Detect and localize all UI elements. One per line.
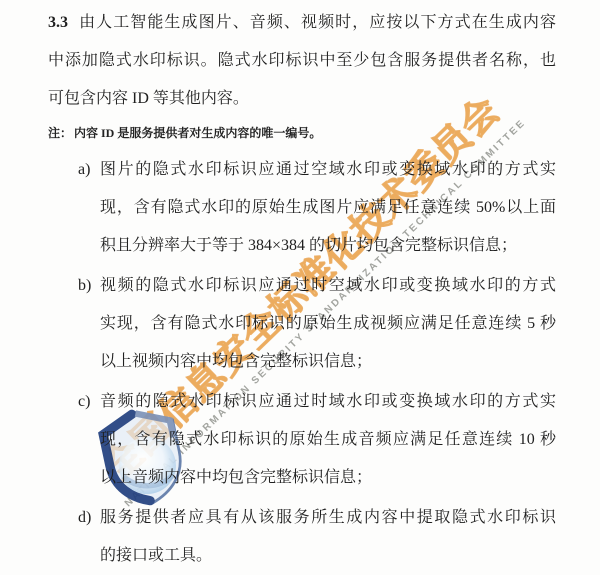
paragraph-line-3: 可包含内容 ID 等其他内容。	[48, 80, 556, 118]
text-line: 视频的隐式水印标识应通过时空域水印或变换域水印的方式	[100, 267, 556, 305]
text-line: 实现，含有隐式水印标识的原始生成视频应满足任意连续 5 秒	[100, 305, 556, 343]
list-marker-c: c)	[78, 383, 100, 421]
section-number: 3.3	[48, 14, 68, 31]
text-line: 以上视频内容中均包含完整标识信息；	[100, 343, 556, 381]
document-page: 全国信息安全标准化技术委员会 NATIONAL INFORMATION SECU…	[0, 0, 600, 575]
list-item-d-text: 服务提供者应具有从该服务所生成内容中提取隐式水印标识 的接口或工具。	[100, 499, 556, 575]
text-line: 以上音频内容中均包含完整标识信息；	[100, 459, 556, 497]
document-content: 3.3由人工智能生成图片、音频、视频时，应按以下方式在生成内容 中添加隐式水印标…	[0, 0, 600, 575]
list-item-d: d) 服务提供者应具有从该服务所生成内容中提取隐式水印标识 的接口或工具。	[78, 499, 556, 575]
list-item-a: a) 图片的隐式水印标识应通过空域水印或变换域水印的方式实 现，含有隐式水印的原…	[78, 151, 556, 265]
text-line: 积且分辨率大于等于 384×384 的切片均包含完整标识信息；	[100, 227, 556, 265]
list-item-c: c) 音频的隐式水印标识应通过时域水印或变换域水印的方式实 现，含有隐式水印标识…	[78, 383, 556, 497]
list-marker-a: a)	[78, 151, 100, 189]
text-line: 现，含有隐式水印的原始生成图片应满足任意连续 50%以上面	[100, 189, 556, 227]
text-line: 音频的隐式水印标识应通过时域水印或变换域水印的方式实	[100, 383, 556, 421]
list-item-a-text: 图片的隐式水印标识应通过空域水印或变换域水印的方式实 现，含有隐式水印的原始生成…	[100, 151, 556, 265]
list-item-b-text: 视频的隐式水印标识应通过时空域水印或变换域水印的方式 实现，含有隐式水印标识的原…	[100, 267, 556, 381]
paragraph-line-2: 中添加隐式水印标识。隐式水印标识中至少包含服务提供者名称，也	[48, 42, 556, 80]
list-marker-d: d)	[78, 499, 100, 537]
text-line: 服务提供者应具有从该服务所生成内容中提取隐式水印标识	[100, 499, 556, 537]
text-line: 3.3由人工智能生成图片、音频、视频时，应按以下方式在生成内容	[48, 4, 556, 42]
requirement-list: a) 图片的隐式水印标识应通过空域水印或变换域水印的方式实 现，含有隐式水印的原…	[78, 151, 556, 575]
section-3-3-paragraph: 3.3由人工智能生成图片、音频、视频时，应按以下方式在生成内容 中添加隐式水印标…	[48, 4, 556, 118]
text-line: 现，含有隐式水印标识的原始生成音频应满足任意连续 10 秒	[100, 421, 556, 459]
footnote-label: 注：	[48, 126, 72, 140]
text-line: 的接口或工具。	[100, 537, 556, 575]
list-item-b: b) 视频的隐式水印标识应通过时空域水印或变换域水印的方式 实现，含有隐式水印标…	[78, 267, 556, 381]
footnote: 注：内容 ID 是服务提供者对生成内容的唯一编号。	[48, 124, 556, 142]
text-line: 图片的隐式水印标识应通过空域水印或变换域水印的方式实	[100, 151, 556, 189]
list-item-c-text: 音频的隐式水印标识应通过时域水印或变换域水印的方式实 现，含有隐式水印标识的原始…	[100, 383, 556, 497]
list-marker-b: b)	[78, 267, 100, 305]
paragraph-line-1: 由人工智能生成图片、音频、视频时，应按以下方式在生成内容	[78, 14, 556, 31]
footnote-text: 内容 ID 是服务提供者对生成内容的唯一编号。	[74, 126, 321, 140]
